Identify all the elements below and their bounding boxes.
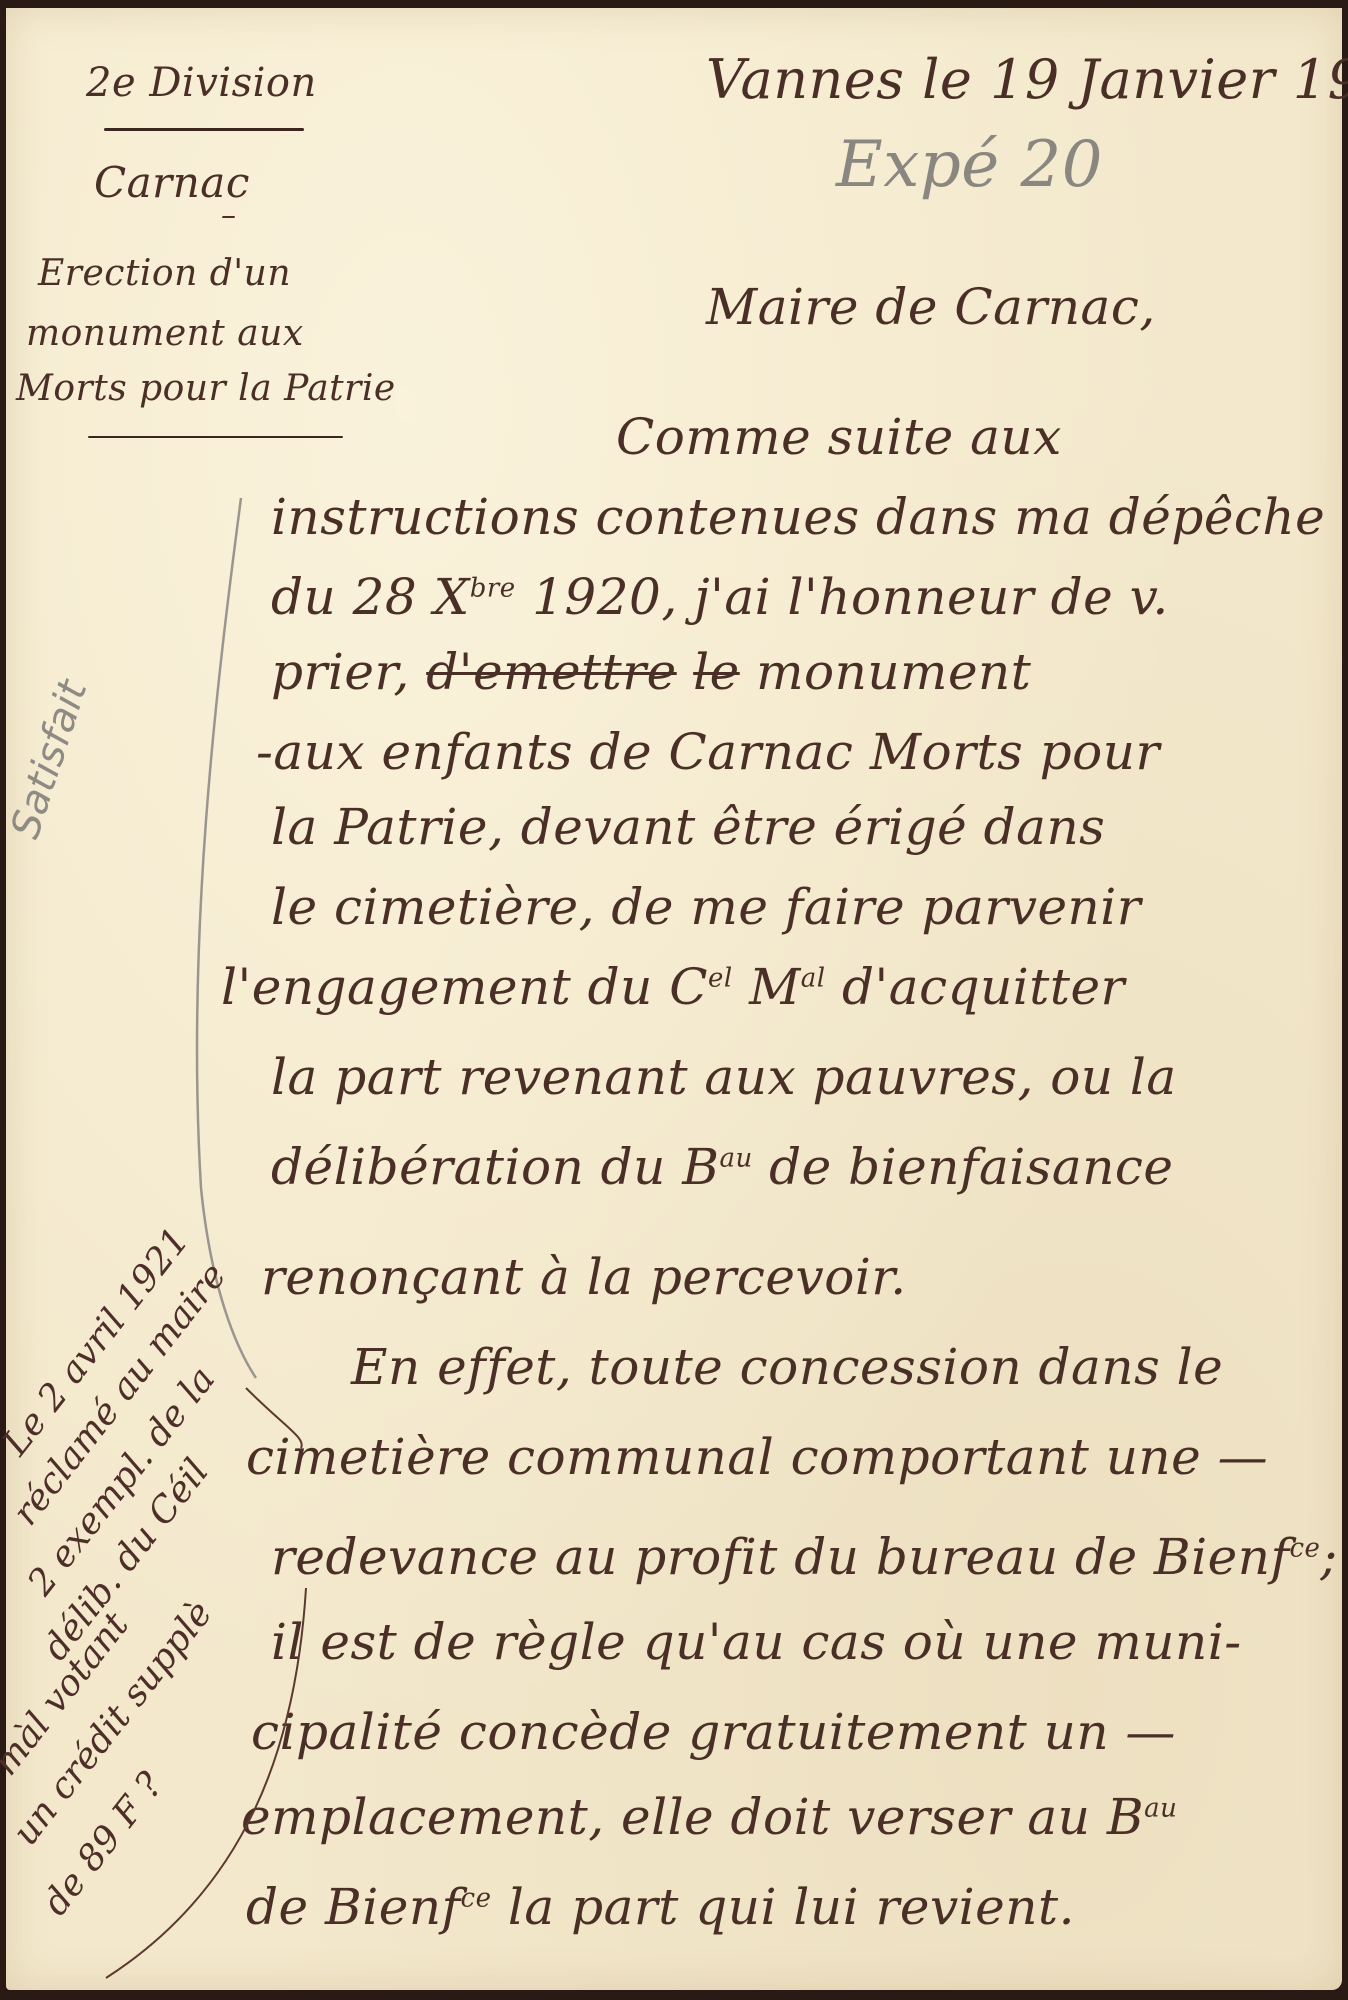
body-text: d'acquitter (826, 958, 1125, 1016)
body-line: la Patrie, devant être érigé dans (271, 798, 1105, 856)
place-date: Vannes le 19 Janvier 1921 (706, 48, 1348, 111)
body-text: ; (1320, 1528, 1337, 1586)
subject-underline (88, 436, 343, 438)
body-text: 1920, j'ai l'honneur de v. (516, 568, 1169, 626)
body-sup: el (708, 963, 733, 993)
body-line: En effet, toute concession dans le (351, 1338, 1223, 1396)
subject-line-2: monument aux (26, 313, 304, 354)
body-line: instructions contenues dans ma dépêche (271, 488, 1325, 546)
subject-line-1: Erection d'un (38, 253, 291, 294)
body-line: emplacement, elle doit verser au Bau (241, 1788, 1177, 1846)
body-line: cipalité concède gratuitement un — (251, 1703, 1176, 1761)
body-line: redevance au profit du bureau de Bienfce… (271, 1528, 1338, 1586)
body-text: emplacement, elle doit verser au B (241, 1788, 1144, 1846)
body-text: du 28 X (271, 568, 470, 626)
body-sup: ce (461, 1883, 492, 1913)
body-line: Comme suite aux (616, 408, 1062, 466)
body-line: il est de règle qu'au cas où une muni- (271, 1613, 1242, 1671)
body-line: du 28 Xbre 1920, j'ai l'honneur de v. (271, 568, 1169, 626)
body-line: le cimetière, de me faire parvenir (271, 878, 1141, 936)
pencil-note-satisfait: Satisfait (2, 675, 96, 844)
header-underline (104, 128, 304, 131)
body-text: prier, (271, 643, 426, 701)
body-sup: au (720, 1143, 753, 1173)
subject-line-3: Morts pour la Patrie (16, 368, 396, 409)
body-text: M (733, 958, 801, 1016)
body-text: monument (740, 643, 1032, 701)
body-line: cimetière communal comportant une — (246, 1428, 1268, 1486)
pencil-mark-expe: Expé 20 (836, 128, 1103, 202)
body-text: délibération du B (271, 1138, 720, 1196)
body-line: de Bienfce la part qui lui revient. (246, 1878, 1075, 1936)
header-separator: – (221, 198, 237, 233)
body-line: prier, d'emettre le monument (271, 643, 1031, 701)
body-line: renonçant à la percevoir. (261, 1248, 907, 1306)
body-sup: bre (470, 573, 516, 603)
body-sup: au (1144, 1793, 1177, 1823)
letter-page: 2e Division Carnac – Erection d'un monum… (6, 8, 1342, 1990)
body-text: de bienfaisance (753, 1138, 1174, 1196)
division-label: 2e Division (86, 60, 317, 106)
body-sup: ce (1289, 1533, 1320, 1563)
body-text: la part qui lui revient. (491, 1878, 1074, 1936)
body-text: l'engagement du C (221, 958, 708, 1016)
body-text: redevance au profit du bureau de Bienf (271, 1528, 1289, 1586)
struck-word: le (693, 643, 740, 701)
struck-word: d'emettre (426, 643, 677, 701)
body-line: l'engagement du Cel Mal d'acquitter (221, 958, 1125, 1016)
body-line: délibération du Bau de bienfaisance (271, 1138, 1174, 1196)
salutation: Maire de Carnac, (706, 278, 1156, 336)
body-sup: al (801, 963, 826, 993)
body-line: la part revenant aux pauvres, ou la (271, 1048, 1177, 1106)
body-line: -aux enfants de Carnac Morts pour (256, 723, 1160, 781)
